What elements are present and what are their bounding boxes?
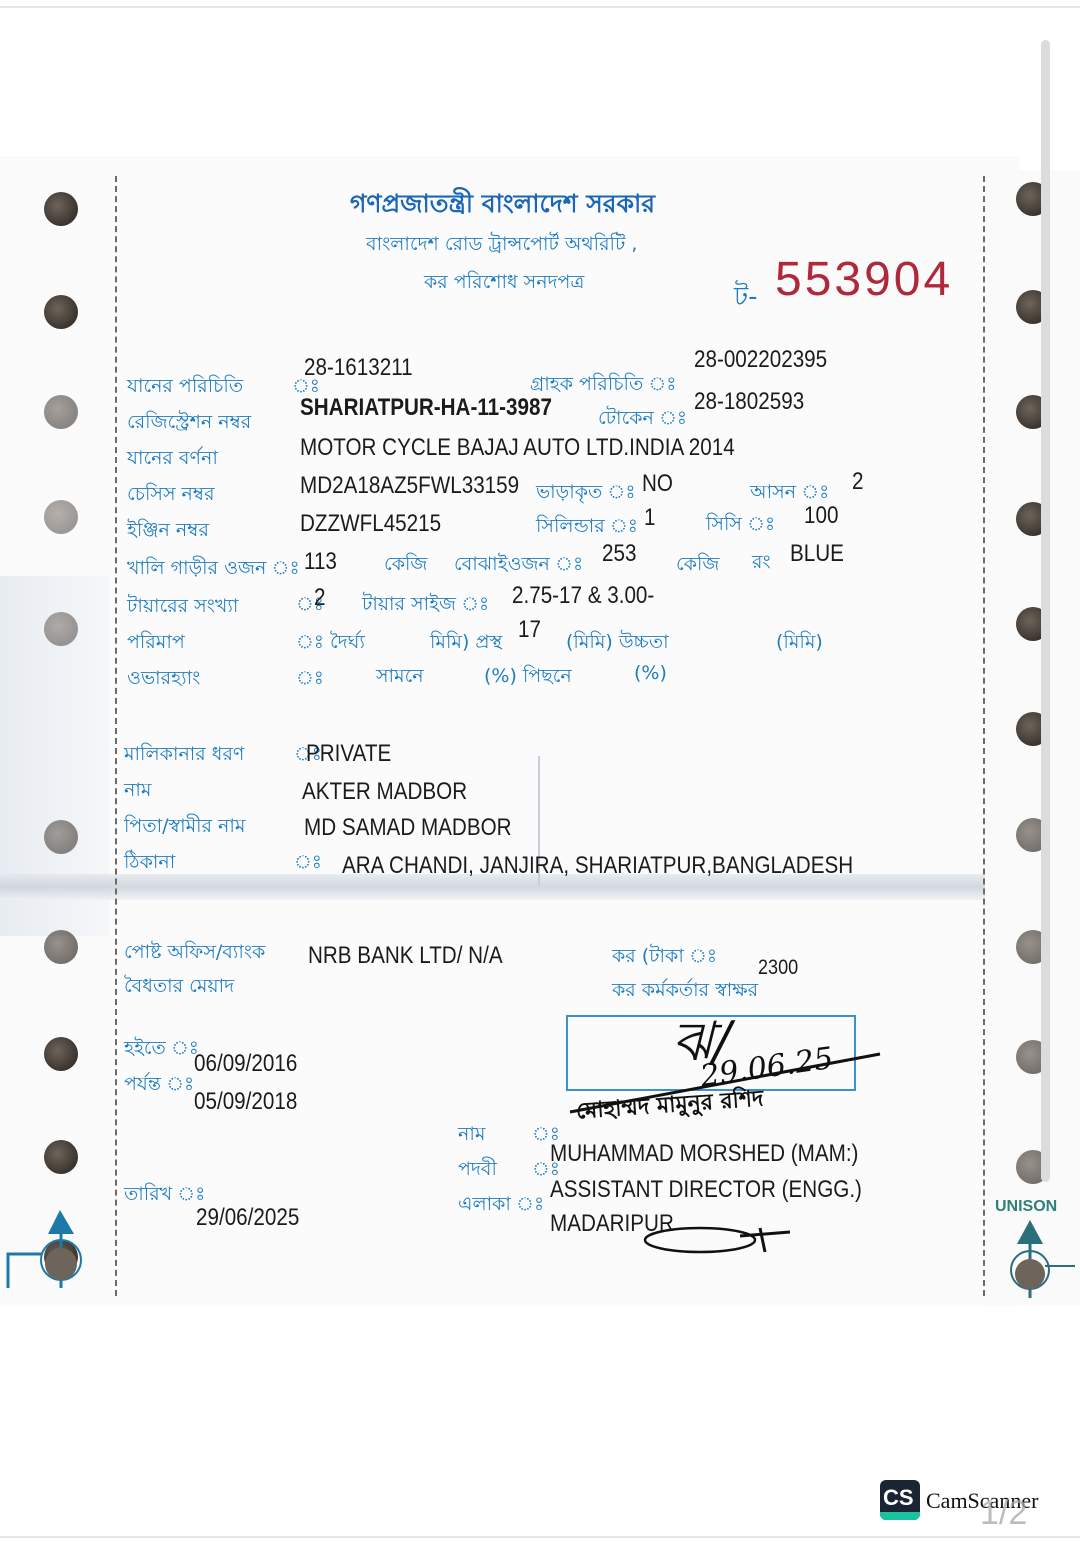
ownership-value: PRIVATE bbox=[306, 740, 391, 768]
tax-amount: 2300 bbox=[758, 956, 798, 980]
cylinder-value: 1 bbox=[644, 504, 655, 532]
officer-name-value: MUHAMMAD MORSHED (MAM:) bbox=[550, 1140, 858, 1168]
tractor-hole bbox=[44, 1140, 78, 1174]
top-divider bbox=[0, 6, 1080, 8]
tractor-hole bbox=[44, 500, 78, 534]
paper-brand: UNISON bbox=[995, 1198, 1057, 1216]
unladen-weight-label: খালি গাড়ীর ওজন ঃ bbox=[127, 554, 300, 586]
pct-label-1: (%) পিছনে bbox=[484, 662, 572, 694]
width-value: 17 bbox=[518, 616, 541, 644]
designation-value: ASSISTANT DIRECTOR (ENGG.) bbox=[550, 1176, 862, 1204]
seats-value: 2 bbox=[852, 468, 863, 496]
token-label: টোকেন ঃ bbox=[598, 404, 687, 436]
paper-feed-arrow-icon bbox=[1005, 1218, 1075, 1300]
hired-value: NO bbox=[642, 470, 673, 498]
bank-label: পোষ্ট অফিস/ব্যাংক bbox=[124, 938, 265, 970]
color-label: রং bbox=[752, 548, 771, 580]
to-label: পর্যন্ত ঃ bbox=[124, 1070, 194, 1102]
tyres-label: টায়ারের সংখ্যা bbox=[127, 592, 238, 624]
issue-date: 29/06/2025 bbox=[196, 1204, 299, 1232]
registration-value: SHARIATPUR-HA-11-3987 bbox=[300, 394, 552, 422]
chassis-label: চেসিস নম্বর bbox=[127, 480, 215, 512]
paper-feed-arrow-icon bbox=[4, 1208, 84, 1290]
front-label: সামনে bbox=[376, 662, 424, 694]
customer-id-value: 28-002202395 bbox=[694, 346, 827, 374]
engine-label: ইঞ্জিন নম্বর bbox=[127, 516, 209, 548]
signature-flourish bbox=[640, 1218, 800, 1258]
pct-label-2: (%) bbox=[634, 662, 667, 684]
bank-value: NRB BANK LTD/ N/A bbox=[308, 942, 503, 970]
overhang-label: ওভারহ্যাং bbox=[127, 664, 200, 696]
description-value: MOTOR CYCLE BAJAJ AUTO LTD.INDIA 2014 bbox=[300, 434, 735, 462]
designation-label: পদবী bbox=[458, 1155, 497, 1187]
area-label: এলাকা ঃ bbox=[458, 1190, 544, 1222]
tyre-size-value: 2.75-17 & 3.00- bbox=[512, 582, 654, 610]
laden-weight-label: বোঝাইওজন ঃ bbox=[454, 550, 583, 582]
dimension-label: পরিমাপ bbox=[127, 628, 185, 660]
right-perforation bbox=[983, 176, 985, 1296]
date-label: তারিখ ঃ bbox=[124, 1180, 205, 1212]
ownership-label: মালিকানার ধরণ bbox=[124, 740, 244, 772]
tractor-hole bbox=[44, 295, 78, 329]
hired-label: ভাড়াকৃত ঃ bbox=[536, 478, 635, 510]
unladen-weight-value: 113 bbox=[304, 548, 337, 576]
length-label: ঃ দৈর্ঘ্য bbox=[296, 628, 365, 660]
tractor-hole bbox=[44, 612, 78, 646]
tractor-hole bbox=[44, 930, 78, 964]
left-perforation bbox=[115, 176, 117, 1296]
mm-label-1: মিমি) প্রস্থ bbox=[430, 628, 502, 660]
authority-title: বাংলাদেশ রোড ট্রান্সপোর্ট অথরিটি , bbox=[366, 230, 637, 262]
page-indicator: 1/2 bbox=[980, 1494, 1027, 1533]
camscanner-logo: CS bbox=[880, 1480, 920, 1520]
registration-label: রেজিস্ট্রেশন নম্বর bbox=[127, 408, 251, 440]
tyres-value: 2 bbox=[314, 584, 325, 612]
kg-label-2: কেজি bbox=[676, 550, 719, 582]
chassis-value: MD2A18AZ5FWL33159 bbox=[300, 472, 519, 500]
tax-label: কর (টাকা ঃ bbox=[612, 942, 717, 974]
validity-label: বৈধতার মেয়াদ bbox=[124, 972, 234, 1004]
owner-name-value: AKTER MADBOR bbox=[302, 778, 467, 806]
tractor-hole bbox=[44, 192, 78, 226]
engine-value: DZZWFL45215 bbox=[300, 510, 441, 538]
government-title: গণপ্রজাতন্ত্রী বাংলাদেশ সরকার bbox=[350, 184, 655, 227]
kg-label: কেজি bbox=[384, 550, 427, 582]
bottom-divider bbox=[0, 1536, 1080, 1538]
cc-label: সিসি ঃ bbox=[706, 510, 775, 542]
officer-name-label: নাম bbox=[458, 1120, 485, 1152]
description-label: যানের বর্ণনা bbox=[127, 444, 218, 476]
father-name-label: পিতা/স্বামীর নাম bbox=[124, 812, 245, 844]
from-date: 06/09/2016 bbox=[194, 1050, 297, 1078]
from-label: হইতে ঃ bbox=[124, 1034, 199, 1066]
address-value: ARA CHANDI, JANJIRA, SHARIATPUR,BANGLADE… bbox=[342, 852, 853, 880]
father-name-value: MD SAMAD MADBOR bbox=[304, 814, 512, 842]
certificate-title: কর পরিশোধ সনদপত্র bbox=[424, 268, 584, 300]
tractor-hole bbox=[44, 1037, 78, 1071]
serial-number: 553904 bbox=[775, 252, 953, 307]
tax-token-document bbox=[0, 156, 1020, 1306]
tractor-hole bbox=[44, 820, 78, 854]
tyre-size-label: টায়ার সাইজ ঃ bbox=[362, 590, 489, 622]
token-value: 28-1802593 bbox=[694, 388, 804, 416]
to-date: 05/09/2018 bbox=[194, 1088, 297, 1116]
cc-value: 100 bbox=[804, 502, 838, 530]
laden-weight-value: 253 bbox=[602, 540, 636, 568]
vehicle-id-label: যানের পরিচিতি bbox=[127, 372, 243, 404]
mm-label-2: (মিমি) উচ্চতা bbox=[566, 628, 669, 660]
vertical-scrollbar[interactable] bbox=[1041, 40, 1050, 1182]
serial-prefix: ট- bbox=[734, 276, 758, 320]
mm-label-3: (মিমি) bbox=[776, 628, 823, 660]
vehicle-id-value: 28-1613211 bbox=[304, 354, 413, 382]
color-value: BLUE bbox=[790, 540, 844, 568]
tractor-hole bbox=[44, 395, 78, 429]
address-label: ঠিকানা bbox=[124, 848, 175, 880]
owner-name-label: নাম bbox=[124, 776, 151, 808]
